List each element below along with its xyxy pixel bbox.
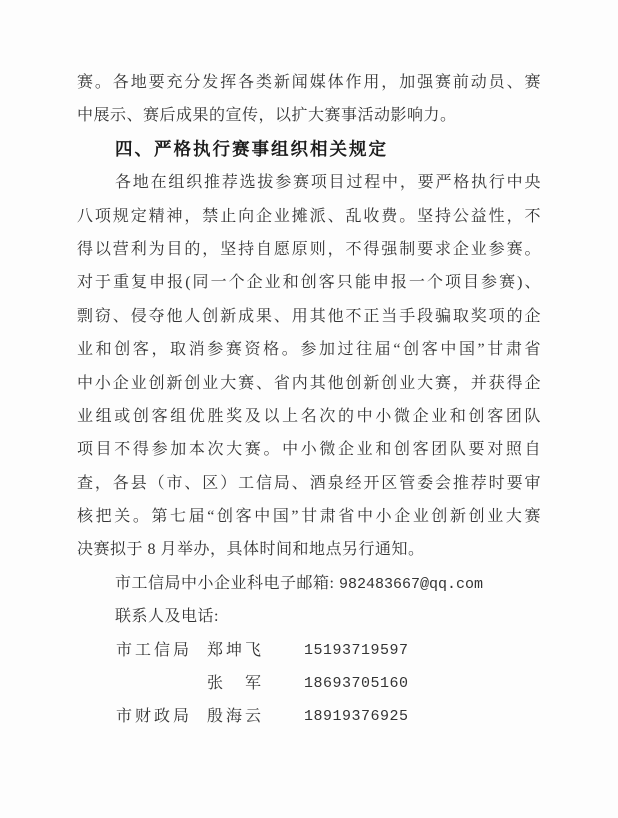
contact-department: 市财政局 [116,700,192,733]
contact-row: 市财政局 殷海云 18919376925 [77,700,541,733]
contact-intro-line: 联系人及电话: [77,600,541,633]
body-line: 决赛拟于 8 月举办，具体时间和地点另行通知。 [77,533,541,566]
contact-phone: 18919376925 [304,700,409,733]
contact-department: 市工信局 [116,634,192,667]
contact-name: 殷海云 [207,700,264,733]
email-line: 市工信局中小企业科电子邮箱: 982483667@qq.com [77,567,541,600]
body-line: 中小企业创新创业大赛、省内其他创新创业大赛，并获得企 [77,367,541,400]
body-line: 各地在组织推荐选拔参赛项目过程中，要严格执行中央 [77,166,541,199]
contact-row: 市工信局 郑坤飞 15193719597 [77,634,541,667]
contact-row: 张 军 18693705160 [77,667,541,700]
body-line: 得以营利为目的，坚持自愿原则，不得强制要求企业参赛。 [77,233,541,266]
body-line: 八项规定精神，禁止向企业摊派、乱收费。坚持公益性，不 [77,200,541,233]
text-block: 赛。各地要充分发挥各类新闻媒体作用，加强赛前动员、赛 中展示、赛后成果的宣传，以… [77,66,541,734]
body-line: 剽窃、侵夺他人创新成果、用其他不正当手段骗取奖项的企 [77,300,541,333]
email-label: 市工信局中小企业科电子邮箱: [115,575,339,592]
section-heading: 四、严格执行赛事组织相关规定 [77,133,541,166]
body-line: 业组或创客组优胜奖及以上名次的中小微企业和创客团队 [77,400,541,433]
contact-name: 张 军 [207,667,264,700]
email-address: 982483667@qq.com [339,576,483,593]
contact-phone: 18693705160 [304,667,409,700]
body-line: 项目不得参加本次大赛。中小微企业和创客团队要对照自 [77,433,541,466]
body-line: 核把关。第七届“创客中国”甘肃省中小企业创新创业大赛 [77,500,541,533]
body-line: 中展示、赛后成果的宣传，以扩大赛事活动影响力。 [77,99,541,132]
body-line: 赛。各地要充分发挥各类新闻媒体作用，加强赛前动员、赛 [77,66,541,99]
scanned-document-page: 赛。各地要充分发挥各类新闻媒体作用，加强赛前动员、赛 中展示、赛后成果的宣传，以… [0,0,618,818]
body-line: 查，各县（市、区）工信局、酒泉经开区管委会推荐时要审 [77,467,541,500]
contact-name: 郑坤飞 [207,634,264,667]
body-line: 业和创客，取消参赛资格。参加过往届“创客中国”甘肃省 [77,333,541,366]
contact-phone: 15193719597 [304,634,409,667]
body-line: 对于重复申报(同一个企业和创客只能申报一个项目参赛)、 [77,266,541,299]
